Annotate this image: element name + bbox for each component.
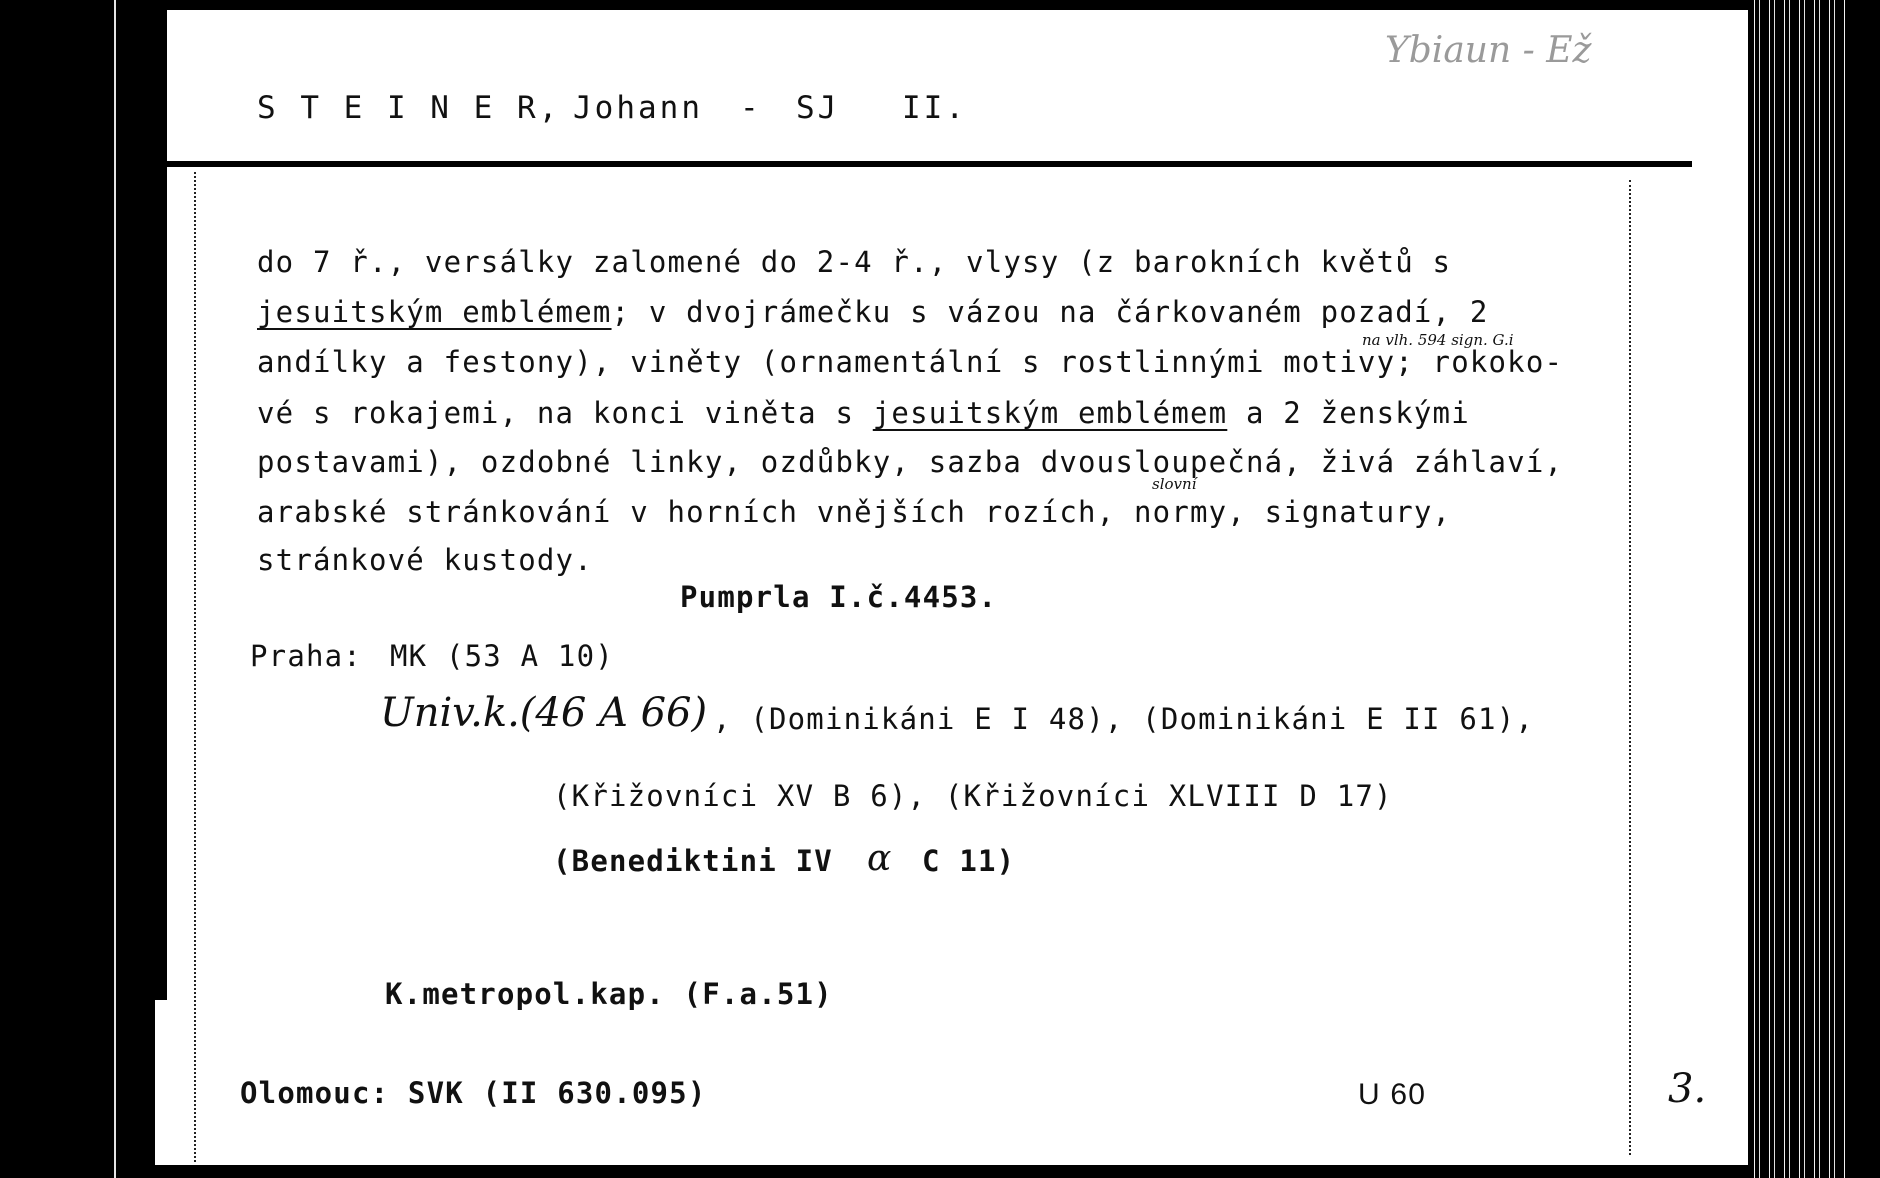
- header-dash: -: [740, 93, 762, 124]
- handwritten-corner-note: Ybiaun - Ež: [1385, 30, 1591, 71]
- description-line-2: jesuitským emblémem; v dvojrámečku s váz…: [257, 298, 1489, 327]
- holdings-praha-line-4a: (Benediktini IV: [553, 847, 833, 876]
- holdings-praha-line-4-hand: α: [867, 838, 891, 879]
- holdings-praha-first: MK (53 A 10): [390, 642, 614, 671]
- holdings-praha-line-3: (Křižovníci XV B 6), (Křižovníci XLVIII …: [553, 782, 1393, 811]
- description-line-6: arabské stránkování v horních vnějších r…: [257, 498, 1451, 527]
- volume-number: II.: [902, 93, 967, 124]
- description-line-3: andílky a festony), viněty (ornamentální…: [257, 348, 1563, 377]
- order-abbrev: SJ: [796, 93, 839, 124]
- description-line-7: stránkové kustody.: [257, 546, 593, 575]
- author-surname: S T E I N E R,: [257, 93, 560, 124]
- holdings-praha-label: Praha:: [250, 642, 362, 671]
- description-line-4: vé s rokajemi, na konci viněta s jesuits…: [257, 399, 1470, 428]
- description-line-5: postavami), ozdobné linky, ozdůbky, sazb…: [257, 448, 1563, 477]
- bibliographic-reference: Pumprla I.č.4453.: [680, 583, 997, 612]
- holdings-praha-line-2: , (Dominikáni E I 48), (Dominikáni E II …: [713, 705, 1534, 734]
- underlined-phrase: jesuitským emblémem: [257, 295, 612, 329]
- holdings-metropol: K.metropol.kap. (F.a.51): [385, 980, 833, 1009]
- header-rule: [167, 161, 1692, 167]
- scan-edge-line: [114, 0, 116, 1178]
- description-line-1: do 7 ř., versálky zalomené do 2-4 ř., vl…: [257, 248, 1451, 277]
- underlined-phrase: jesuitským emblémem: [873, 396, 1228, 430]
- handwritten-insertion: na vlh. 594 sign. G.i: [1362, 331, 1514, 349]
- left-margin-line: [194, 172, 196, 1162]
- holdings-praha-handwritten: Univ.k.(46 A 66): [380, 690, 707, 736]
- holdings-praha-line-4b: C 11): [922, 847, 1015, 876]
- right-margin-line: [1629, 180, 1631, 1155]
- author-given-name: Johann: [573, 93, 703, 124]
- holdings-olomouc: Olomouc: SVK (II 630.095): [240, 1079, 707, 1108]
- scan-edge-dark: [1848, 0, 1880, 1178]
- handwritten-page-number: 3.: [1668, 1066, 1706, 1112]
- handwritten-insertion: slovní: [1152, 475, 1196, 493]
- shelf-code: U 60: [1358, 1080, 1426, 1110]
